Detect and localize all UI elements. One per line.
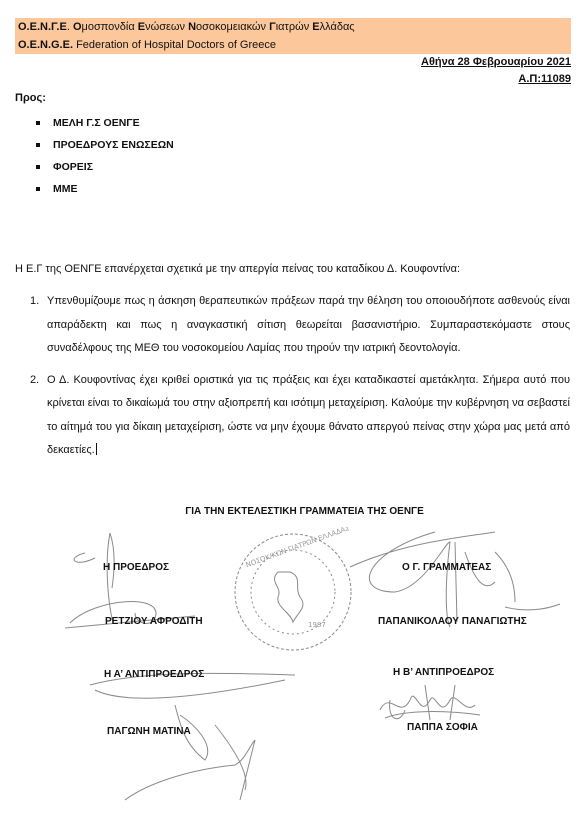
text-cursor: [96, 443, 97, 455]
name-vice-president-b: ΠΑΠΠΑ ΣΟΦΙΑ: [407, 722, 478, 733]
square-bullet-icon: [36, 143, 40, 147]
role-vice-president-a: Η Α’ ΑΝΤΙΠΡΟΕΔΡΟΣ: [104, 669, 204, 680]
organization-seal: ΝΟΣΟΚ/ΚΩΝ ΓΙΑΤΡΩΝ ΕΛΛΑΔΑΣ 1987: [228, 527, 358, 657]
square-bullet-icon: [36, 121, 40, 125]
intro-paragraph: Η Ε.Γ της ΟΕΝΓΕ επανέρχεται σχετικά με τ…: [15, 263, 460, 275]
letterhead-english: O.E.N.G.E. Federation of Hospital Doctor…: [18, 36, 276, 54]
square-bullet-icon: [36, 165, 40, 169]
name-secretary: ΠΑΠΑΝΙΚΟΛΑΟΥ ΠΑΝΑΓΙΩΤΗΣ: [378, 616, 527, 627]
recipient-item: ΜΜΕ: [36, 178, 174, 200]
recipient-item: ΠΡΟΕΔΡΟΥΣ ΕΝΩΣΕΩΝ: [36, 134, 174, 156]
points-list: 1.Υπενθυμίζουμε πως η άσκηση θεραπευτικώ…: [30, 290, 570, 471]
role-president: Η ΠΡΟΕΔΡΟΣ: [103, 562, 169, 573]
name-vice-president-a: ΠΑΓΩΝΗ ΜΑΤΙΝΑ: [107, 726, 191, 737]
recipient-item: ΦΟΡΕΙΣ: [36, 156, 174, 178]
point-item: 2.Ο Δ. Κουφοντίνας έχει κριθεί οριστικά …: [30, 369, 570, 463]
svg-text:1987: 1987: [308, 621, 326, 629]
org-initials-english: O.E.N.G.E.: [18, 39, 73, 51]
signatures-heading: ΓΙΑ ΤΗΝ ΕΚΤΕΛΕΣΤΙΚΗ ΓΡΑΜΜΑΤΕΙΑ ΤΗΣ ΟΕΝΓΕ: [12, 506, 585, 517]
recipient-item: ΜΕΛΗ Γ.Σ ΟΕΝΓΕ: [36, 112, 174, 134]
org-initials-greek: Ο.Ε.Ν.Γ.Ε: [18, 21, 67, 33]
protocol-number: Α.Π:11089: [518, 73, 571, 85]
svg-text:ΝΟΣΟΚ/ΚΩΝ ΓΙΑΤΡΩΝ ΕΛΛΑΔΑΣ: ΝΟΣΟΚ/ΚΩΝ ΓΙΑΤΡΩΝ ΕΛΛΑΔΑΣ: [245, 527, 351, 569]
name-president: ΡΕΤΖΙΟΥ ΑΦΡΟΔΙΤΗ: [105, 616, 203, 627]
role-secretary: Ο Γ. ΓΡΑΜΜΑΤΕΑΣ: [402, 562, 491, 573]
square-bullet-icon: [36, 187, 40, 191]
letterhead-greek: Ο.Ε.Ν.Γ.Ε. Ομοσπονδία Ενώσεων Νοσοκομεια…: [18, 18, 355, 36]
letter-date: Αθήνα 28 Φεβρουαρίου 2021: [421, 56, 571, 68]
point-item: 1.Υπενθυμίζουμε πως η άσκηση θεραπευτικώ…: [30, 290, 570, 361]
role-vice-president-b: Η Β’ ΑΝΤΙΠΡΟΕΔΡΟΣ: [393, 667, 494, 678]
to-label: Προς:: [15, 92, 46, 104]
letterhead-band: Ο.Ε.Ν.Γ.Ε. Ομοσπονδία Ενώσεων Νοσοκομεια…: [15, 18, 571, 54]
recipients-list: ΜΕΛΗ Γ.Σ ΟΕΝΓΕ ΠΡΟΕΔΡΟΥΣ ΕΝΩΣΕΩΝ ΦΟΡΕΙΣ …: [36, 112, 174, 200]
